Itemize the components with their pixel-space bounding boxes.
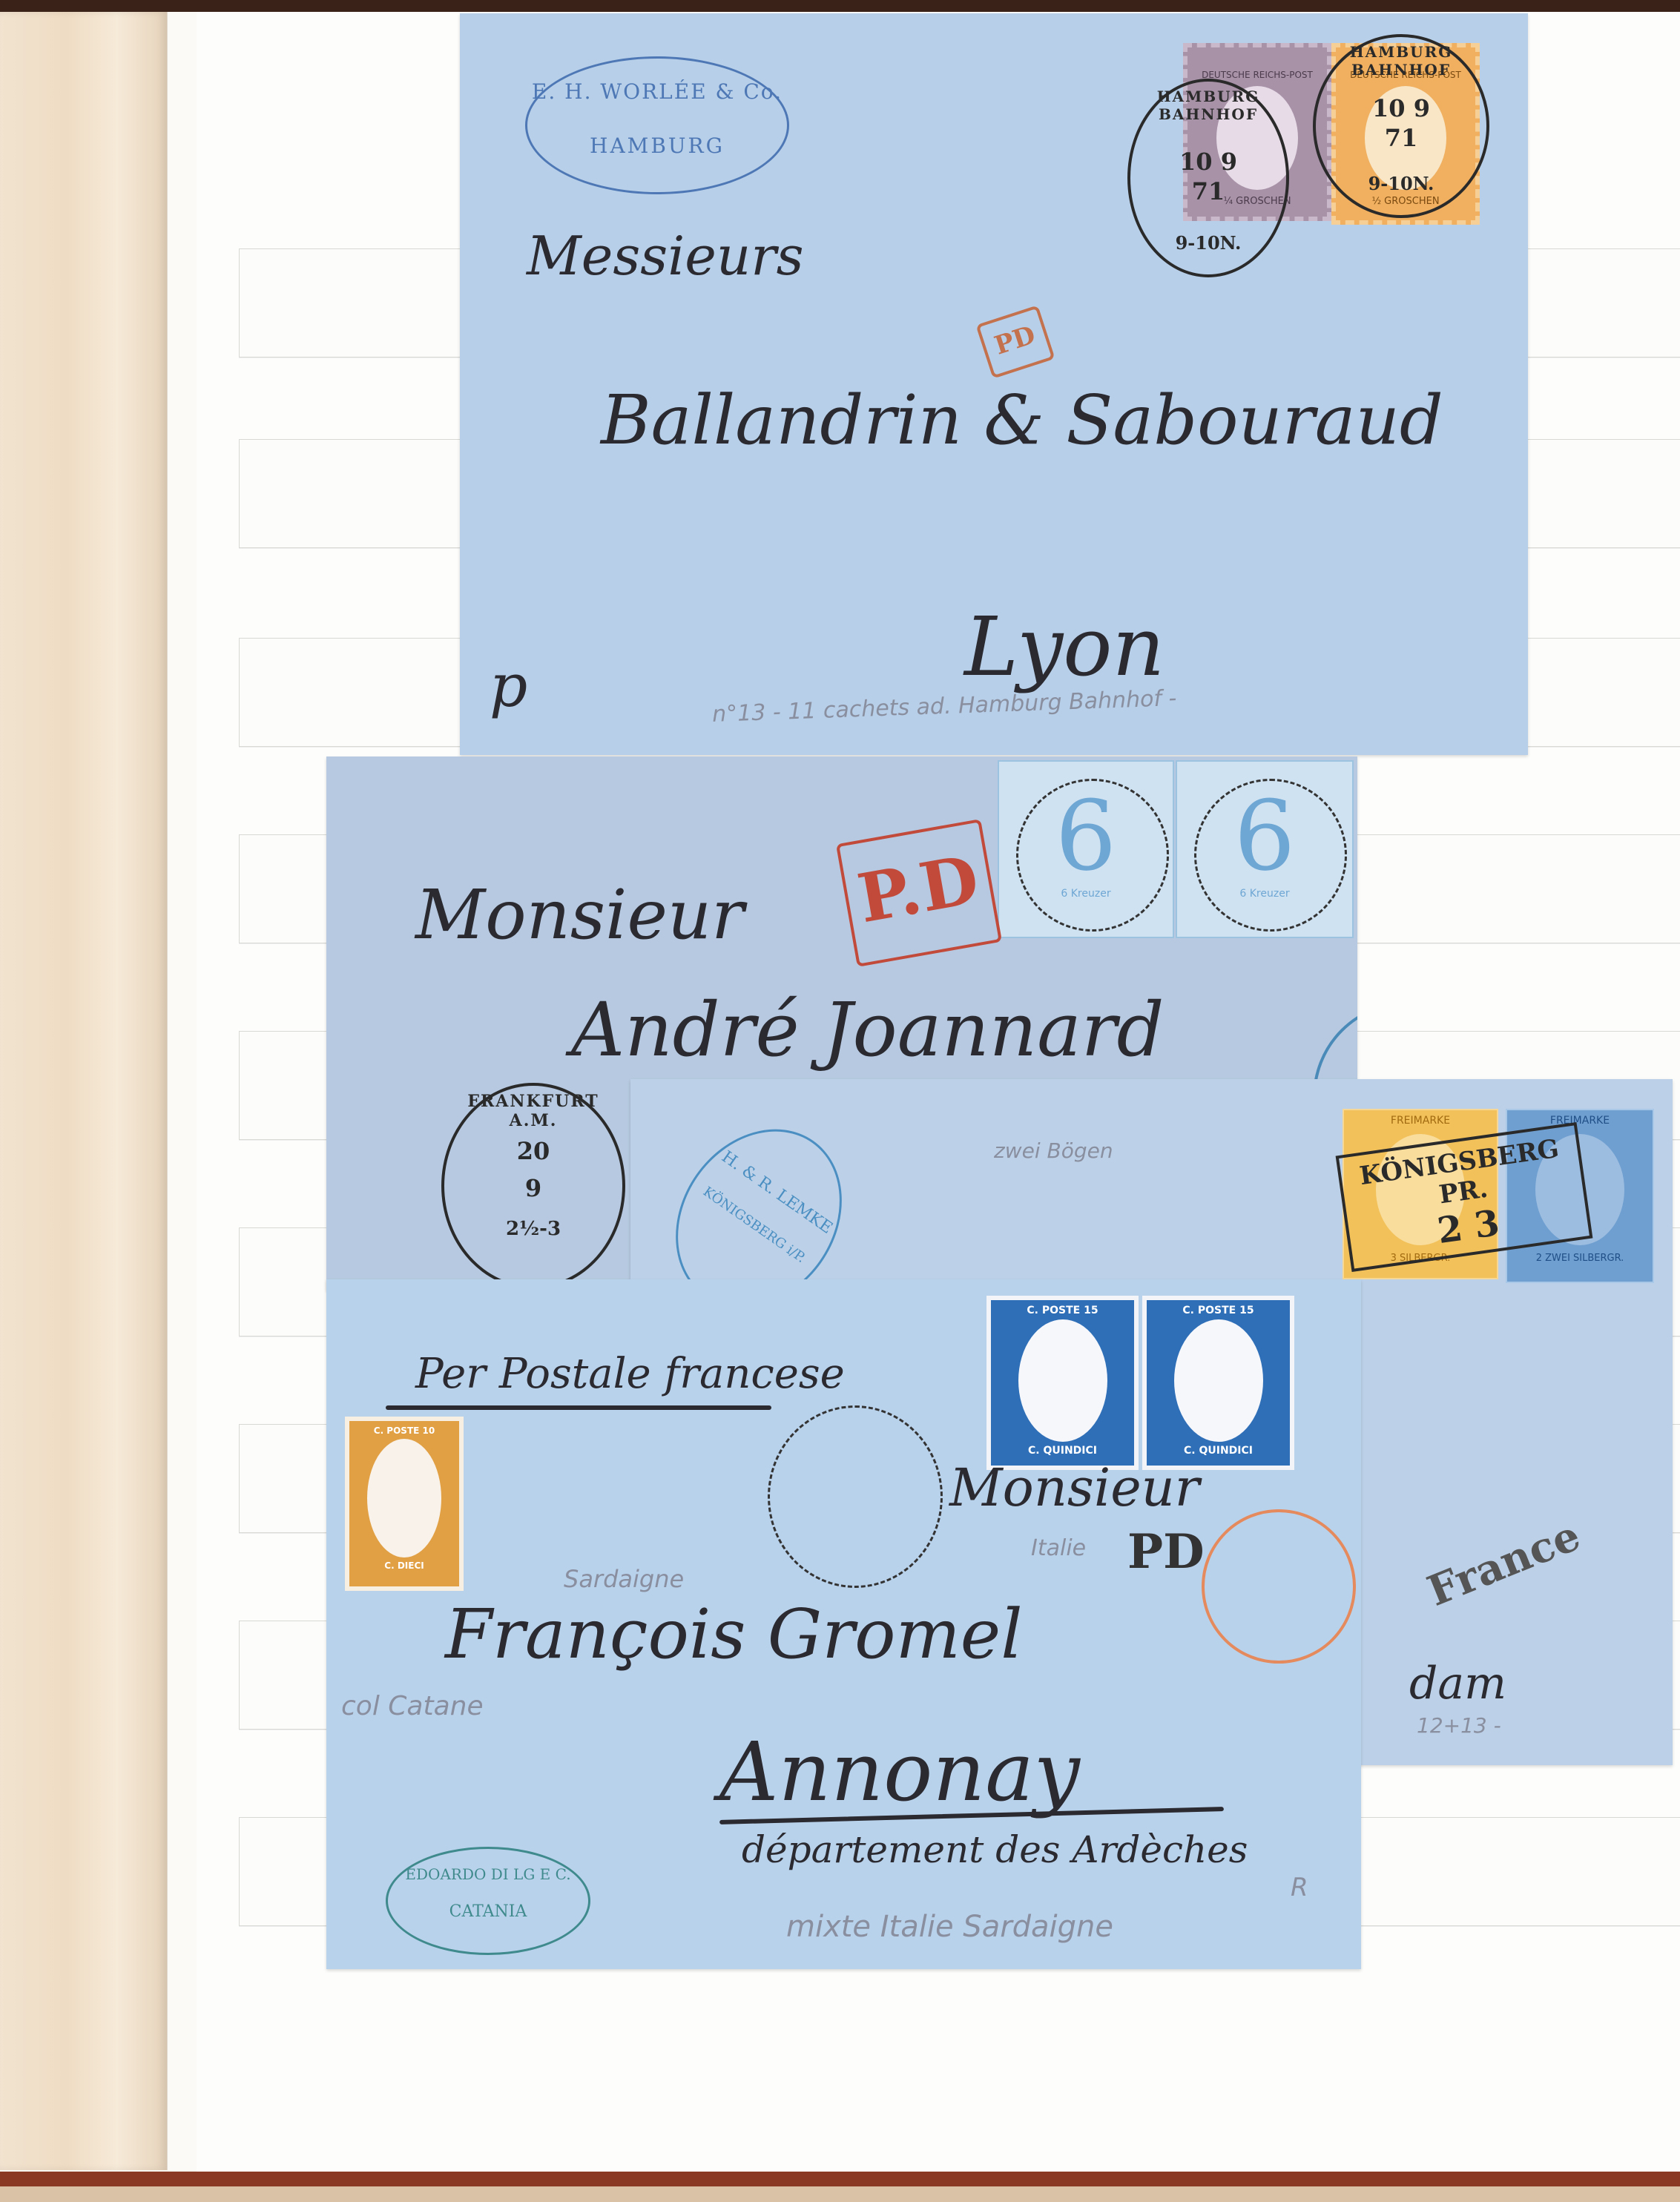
- stamp-value: C. QUINDICI: [1147, 1445, 1290, 1457]
- stamp-top-text: C. POSTE 15: [1147, 1305, 1290, 1316]
- cancel-date: 10 9: [1316, 95, 1486, 122]
- french-entry-cancel: [1202, 1509, 1356, 1664]
- address-salutation: Messieurs: [527, 225, 804, 287]
- stamp-value: C. DIECI: [349, 1560, 459, 1571]
- album-top-edge: [0, 0, 1680, 12]
- pd-mark: P.D: [836, 819, 1002, 967]
- album-spine-edge: [0, 2172, 1680, 2186]
- address-name: François Gromel: [445, 1595, 1023, 1674]
- stamp-value: 2 ZWEI SILBERGR.: [1507, 1253, 1653, 1264]
- cancel-ring-text: TOUR-T: [1316, 1010, 1357, 1032]
- cancel-ring-text: HAMBURG BAHNHOF: [1130, 88, 1286, 123]
- pencil-note-sardaigne: Sardaigne: [564, 1565, 684, 1593]
- pencil-note-italie: Italie: [1031, 1535, 1086, 1561]
- page-margin: [167, 12, 197, 2170]
- address-name: Ballandrin & Sabouraud: [601, 380, 1443, 460]
- cancel-time: 2½-3: [444, 1216, 622, 1242]
- stamp-15-centesimi-1: C. POSTE 15 C. QUINDICI: [986, 1296, 1139, 1470]
- route-note: Per Postale francese: [415, 1350, 845, 1398]
- numeral-cancel: [1016, 779, 1169, 932]
- numeral-cancel: [1194, 779, 1347, 932]
- address-name: André Joannard: [571, 986, 1165, 1073]
- transit-cancel: [768, 1405, 943, 1588]
- cachet-line1: EDOARDO DI LG E C.: [388, 1865, 588, 1883]
- cancel-ring-text: HAMBURG BAHNHOF: [1316, 43, 1486, 79]
- cancel-date: 10 9: [1130, 148, 1286, 175]
- pencil-note-col-catane: col Catane: [341, 1691, 484, 1721]
- cover-hamburg[interactable]: E. H. WORLÉE & Co. HAMBURG DEUTSCHE REIC…: [460, 13, 1528, 755]
- pencil-ref: 12+13 -: [1417, 1713, 1501, 1738]
- cover-catania[interactable]: Per Postale francese C. POSTE 10 C. DIEC…: [326, 1279, 1361, 1969]
- cancel-month: 9: [444, 1175, 622, 1201]
- address-salutation: Monsieur: [949, 1457, 1199, 1518]
- cachet-line2: KÖNIGSBERG i/P.: [689, 1176, 820, 1274]
- pd-mark: PD: [975, 305, 1055, 378]
- address-fragment: dam: [1409, 1658, 1506, 1710]
- pencil-note-mixte: mixte Italie Sardaigne: [786, 1910, 1113, 1944]
- cancel-ring-text: FRANKFURT A.M.: [444, 1092, 622, 1130]
- stamp-15-centesimi-2: C. POSTE 15 C. QUINDICI: [1142, 1296, 1294, 1470]
- embossed-head: [367, 1439, 441, 1557]
- cancel-frankfurt: FRANKFURT A.M. 20 9 2½-3: [441, 1083, 625, 1289]
- embossed-head: [1018, 1319, 1107, 1442]
- cancel-hamburg-bahnhof-2: HAMBURG BAHNHOF 10 9 71 9-10N.: [1313, 34, 1489, 218]
- embossed-head: [1174, 1319, 1263, 1442]
- france-mark: France: [1420, 1511, 1587, 1616]
- stamp-value: C. QUINDICI: [991, 1445, 1134, 1457]
- stamp-top-text: C. POSTE 10: [349, 1425, 459, 1436]
- cancel-time: 9-10N.: [1130, 230, 1286, 257]
- stamp-10-centesimi: C. POSTE 10 C. DIECI: [345, 1417, 464, 1591]
- pencil-note-r: R: [1291, 1873, 1308, 1902]
- table-surface: [0, 2186, 1680, 2202]
- address-dept: département des Ardèches: [742, 1828, 1248, 1871]
- glassine-interleaf: [0, 12, 167, 2170]
- pencil-note-zwei-bogen: zwei Bögen: [994, 1138, 1113, 1163]
- sender-cachet-worlee: E. H. WORLÉE & Co. HAMBURG: [525, 56, 789, 194]
- stamp-top-text: C. POSTE 15: [991, 1305, 1134, 1316]
- address-city: Lyon: [964, 599, 1165, 694]
- cachet-line1: H. & R. LEMKE: [711, 1143, 843, 1243]
- cachet-line1: E. H. WORLÉE & Co.: [527, 79, 787, 104]
- cachet-line2: CATANIA: [388, 1902, 588, 1921]
- cachet-line2: HAMBURG: [527, 133, 787, 158]
- cancel-hamburg-bahnhof-1: HAMBURG BAHNHOF 10 9 71 9-10N.: [1127, 79, 1289, 277]
- address-salutation: Monsieur: [415, 875, 744, 955]
- cancel-year: 71: [1130, 178, 1286, 205]
- cancel-time: 9-10N.: [1316, 171, 1486, 197]
- address-via: p: [490, 651, 527, 720]
- cancel-year: 71: [1316, 125, 1486, 151]
- pd-mark: PD: [1127, 1524, 1205, 1580]
- underline-rule: [386, 1405, 771, 1410]
- cancel-date: 20: [444, 1138, 622, 1164]
- address-city: Annonay: [719, 1724, 1080, 1819]
- stamp-label: FREIMARKE: [1344, 1115, 1497, 1127]
- stamp-label: FREIMARKE: [1507, 1115, 1653, 1127]
- sender-cachet-catania: EDOARDO DI LG E C. CATANIA: [386, 1847, 590, 1955]
